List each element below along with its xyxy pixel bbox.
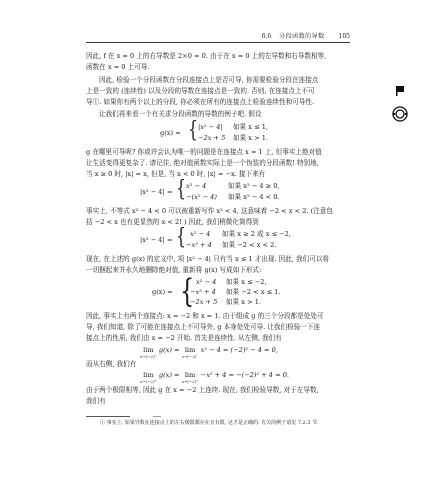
lim-label: lim — [143, 346, 153, 354]
eq-cond: 如果 −2 < x < 2. — [222, 241, 276, 250]
text-line: 因此, 检验一个分段函数在分段连接点上是否可导, 你需要检验分段在连接点 — [86, 76, 350, 85]
eq-cond: 如果 x² − 4 ≥ 0, — [228, 182, 280, 191]
lim-label: lim — [185, 371, 195, 379]
eq-expr: |x² − 4| — [198, 123, 223, 132]
lim-subscript: x→(−2)⁻ — [140, 355, 157, 359]
eq-lhs: g(x) = — [152, 288, 173, 297]
eq-lhs: g(x) = — [160, 129, 181, 138]
lim-label: lim — [185, 346, 195, 354]
eq-cond: 如果 x ≤ 1, — [233, 123, 268, 132]
eq-middle: g(x) = — [159, 371, 180, 379]
eq-lhs: |x² − 4| = — [140, 236, 172, 245]
left-brace: { — [176, 179, 186, 201]
text-line: 由于两个极限相等, 因此 g 在 x = −2 上连续. 现在, 我们检验导数,… — [86, 386, 350, 395]
eq-cond: 如果 x ≤ −2, — [226, 278, 267, 287]
eq-cond: 如果 x > 1. — [226, 298, 261, 307]
text-line: 现在, 在上述的 g(x) 的定义中, 项 |x² − 4| 只有当 x ≤ 1… — [86, 255, 350, 264]
eq-rhs: −x² + 4 = −(−2)² + 4 = 0. — [201, 371, 289, 379]
lim-subscript: x→(−2)⁻ — [182, 355, 199, 359]
eq-expr: x² − 4 — [190, 230, 210, 239]
running-header: 6.6 分段函数的导数 105 — [86, 31, 350, 41]
text-line: 括 −2 < x 也有更显然的 x < 2! ) 因此, 我们稍微化简得到 — [86, 218, 350, 227]
section-title: 分段函数的导数 — [279, 33, 325, 40]
text-line: g 在哪里可导呢? 你或许会认为唯一的问题是在连接点 x = 1 上, 但事实上… — [86, 148, 350, 157]
text-line: 我们有 — [86, 397, 350, 406]
eq-expr: −x² + 4 — [186, 241, 212, 250]
text-line: 让我们再来看一个有关求分段函数的导数的例子吧. 假设 — [86, 110, 350, 119]
text-line: 导, 我们知道, 除了可能在连接点上不可导外, g 本身处处可导. 让我们检验一… — [86, 323, 350, 332]
eq-expr: −x² + 4 — [190, 288, 216, 297]
equation-left-limit: lim x→(−2)⁻ g(x) = lim x→(−2)⁻ x² − 4 = … — [140, 346, 278, 359]
text-line: 函数在 x = 0 上可导. — [86, 63, 350, 72]
eq-cond: 如果 x ≥ 2 或 x ≤ −2, — [222, 230, 291, 239]
text-line: 接点上的性质, 我们由 x = −2 开始. 首先是连续性. 从左侧, 我们有 — [86, 334, 350, 343]
text-line: 事实上, 不等式 x² − 4 < 0 可以被重新写作 x² < 4, 这意味着… — [86, 207, 350, 216]
text-line: 因此, 事实上有两个连接点: x = −2 和 x = 1. 由于组成 g 的三… — [86, 312, 350, 321]
equation-right-limit: lim x→(−2)⁺ g(x) = lim x→(−2)⁺ −x² + 4 =… — [140, 371, 289, 384]
header-rule — [86, 42, 350, 43]
limit-operator: lim x→(−2)⁺ — [182, 371, 199, 384]
text-line: 而从右侧, 我们有 — [86, 360, 350, 369]
text-line: 因此, f 在 x = 0 上的右导数是 2×0 = 0. 由于在 x = 0 … — [86, 52, 350, 61]
limit-operator: lim x→(−2)⁺ — [140, 371, 157, 384]
eq-cond: 如果 x > 1. — [233, 134, 268, 143]
eq-expr: −2x + 5 — [198, 134, 225, 143]
target-ring-icon[interactable] — [392, 106, 408, 122]
eq-rhs: x² − 4 = (−2)² − 4 = 0, — [201, 346, 278, 354]
eq-expr: x² − 4 — [186, 182, 206, 191]
flag-icon[interactable] — [394, 82, 406, 94]
left-brace: { — [188, 120, 198, 142]
footnote-rule — [86, 416, 130, 417]
text-line: 当 x ≥ 0 时, |x| = x, 但是, 当 x < 0 时, |x| =… — [86, 170, 350, 179]
eq-expr: x² − 4 — [196, 278, 216, 287]
eq-cond: 如果 x² − 4 < 0. — [228, 193, 280, 202]
section-number: 6.6 — [262, 33, 272, 40]
eq-expr: −2x + 5 — [190, 298, 217, 307]
left-brace: { — [176, 227, 186, 249]
lim-label: lim — [143, 371, 153, 379]
text-line: 导①. 如果你有两个以上的分段, 你必须在所有的连接点上检验连续性和可导性. — [86, 98, 350, 107]
footnote: ① 事实上, 如果导数在连接点上的左右极限都存在且有限, 这才是正确的. 有关的… — [100, 420, 319, 427]
eq-middle: g(x) = — [159, 346, 180, 354]
eq-expr: −(x² − 4) — [186, 193, 217, 202]
lim-subscript: x→(−2)⁺ — [182, 380, 199, 384]
eq-cond: 如果 −2 < x ≤ 1. — [226, 288, 280, 297]
text-line: 一切捆起来并永久地删除绝对值, 重新将 g(x) 写成如下形式: — [86, 266, 350, 275]
page-number: 105 — [339, 33, 350, 40]
limit-operator: lim x→(−2)⁻ — [140, 346, 157, 359]
limit-operator: lim x→(−2)⁻ — [182, 346, 199, 359]
text-line: 上是一致的 (连续性) 以及分段的导数在连接点是一致的. 否则, 在连接点上不可 — [86, 87, 350, 96]
footnote-rule-fragment — [153, 416, 161, 417]
lim-subscript: x→(−2)⁺ — [140, 380, 157, 384]
text-line: 让生活变得更复杂了. 请记住, 绝对值函数实际上是一个伪装的分段函数! 特别地, — [86, 159, 350, 168]
eq-lhs: |x² − 4| = — [140, 188, 172, 197]
